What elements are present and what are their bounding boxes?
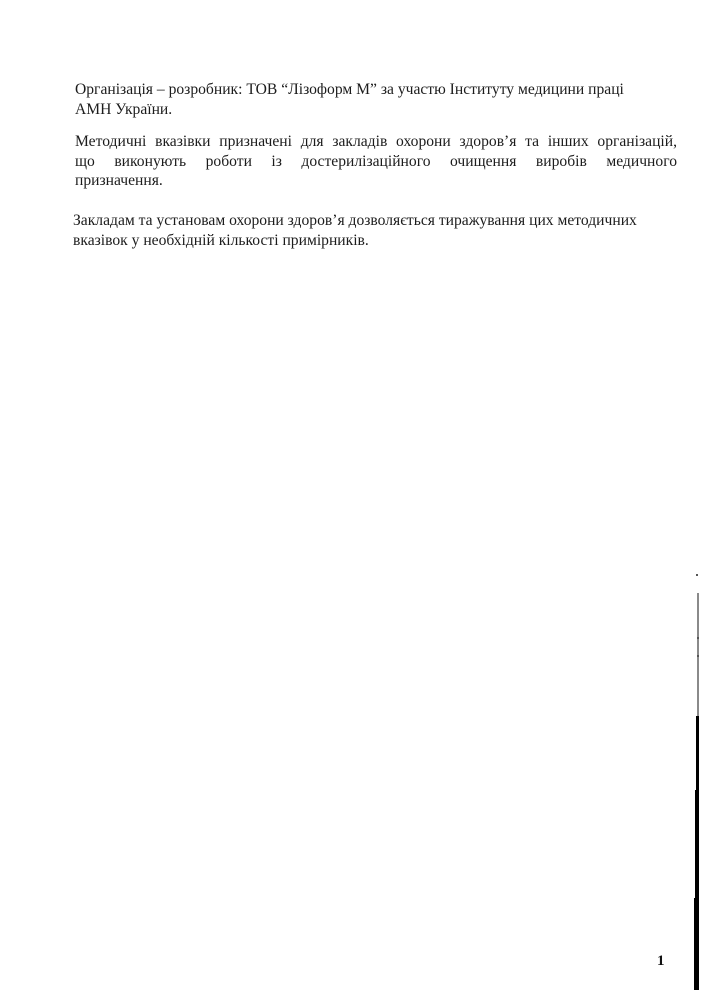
scan-speck [696,574,698,576]
scan-edge-line-gray [697,593,699,718]
scan-edge-line-black [696,716,699,791]
paragraph-line: Закладам та установам охорони здоров’я д… [73,212,637,229]
paragraph-line: вказівок у необхідній кількості примірни… [73,232,369,249]
paragraph-reproduction: Закладам та установам охорони здоров’я д… [73,211,683,250]
scan-speck [697,637,699,639]
scan-speck [697,655,699,657]
scan-edge-line-black [695,790,699,900]
paragraph-developer: Організація – розробник: ТОВ “Лізоформ М… [75,80,685,119]
paragraph-line: Організація – розробник: ТОВ “Лізоформ М… [75,81,624,98]
paragraph-line: АМН України. [75,101,172,118]
paragraph-line: призначення. [75,171,677,191]
page-number: 1 [657,953,665,970]
paragraph-line: що виконують роботи із достерилізаційног… [75,152,677,172]
scan-edge-line-black [694,898,699,990]
document-page: Організація – розробник: ТОВ “Лізоформ М… [0,0,708,1000]
paragraph-line: Методичні вказівки призначені для заклад… [75,132,677,152]
paragraph-purpose: Методичні вказівки призначені для заклад… [75,132,677,191]
